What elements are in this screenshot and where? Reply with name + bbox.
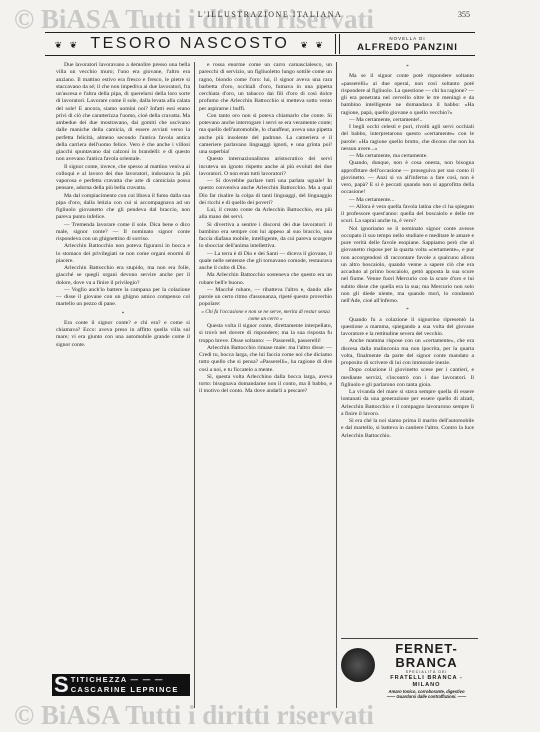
paragraph: Anche mamma rispose con un «certamente»,…	[341, 338, 474, 367]
paragraph: Ma Arlecchin Battocchio sosteneva che qu…	[199, 272, 332, 287]
paragraph: Il signor conte, invece, che spesso al m…	[56, 164, 190, 193]
paragraph: Con tanto oro non si poteva chiamarlo ch…	[199, 113, 332, 157]
ad-warning: —— Guardarsi dalle contraffazioni. ——	[375, 694, 478, 699]
paragraph: Dopo colazione il giovinetto scese per i…	[341, 367, 474, 389]
copyright-watermark: © BiASA Tutti i diritti riservati	[14, 4, 374, 35]
article-body: Due lavoratori lavoravano a demolire pre…	[52, 62, 480, 708]
paragraph: Questo internazionalismo aristocratico d…	[199, 156, 332, 178]
paragraph: Questa volta il signor conte, direttamen…	[199, 323, 332, 345]
paragraph: — Allora è vera quella favola latina che…	[341, 204, 474, 226]
paragraph: La vivanda del mare si stava sempre quel…	[341, 389, 474, 418]
paragraph: — Macché rubare, — ribatteva l'altro e, …	[199, 287, 332, 309]
magazine-page: © BiASA Tutti i diritti riservati L'ILLU…	[0, 0, 540, 732]
paragraph: Quando fu a colazione il signorino ripre…	[341, 317, 474, 339]
paragraph: — Ma certamente...	[341, 197, 474, 204]
paragraph: Arlecchin Battocchio rimase male: ma l'a…	[199, 345, 332, 374]
column-1: Due lavoratori lavoravano a demolire pre…	[52, 62, 194, 708]
section-separator: *	[341, 64, 474, 71]
proverb-quote: « Chi fa l'occasione e non se ne serve, …	[199, 309, 332, 324]
paragraph: Due lavoratori lavoravano a demolire pre…	[56, 62, 190, 164]
paragraph: Lui, il creato conte da Arlecchin Battoc…	[199, 207, 332, 222]
fernet-branca-advertisement: FERNET-BRANCA SPECIALITÀ DEI FRATELLI BR…	[341, 638, 478, 688]
paragraph: — Ma certamente, certamente!..	[341, 117, 474, 124]
ad-text: TITICHEZZA — — — CASCARINE LEPRINCE	[71, 675, 179, 695]
ad-initial: S	[52, 674, 71, 696]
title-banner: ❦ ❦ TESORO NASCOSTO ❦ ❦ NOVELLA DI ALFRE…	[45, 32, 475, 56]
paragraph: Si era ché la noi siamo prima il marito …	[341, 418, 474, 440]
leaf-ornament-icon: ❦ ❦	[300, 40, 325, 50]
paragraph: — Si dovrebbe parlare tutti una parlata …	[199, 178, 332, 207]
ad-text: FERNET-BRANCA SPECIALITÀ DEI FRATELLI BR…	[375, 642, 478, 688]
paragraph: Ma se il signor conte potè rispondere so…	[341, 73, 474, 117]
ad-line-1: TITICHEZZA — — —	[71, 675, 179, 685]
paragraph: Si divertiva a sentire i discorsi dei du…	[199, 222, 332, 251]
paragraph: — La terra è di Dio e dei Santi — diceva…	[199, 251, 332, 273]
ad-line-2: CASCARINE LEPRINCE	[71, 685, 179, 695]
eagle-globe-logo-icon	[341, 648, 375, 682]
paragraph: — Tremenda lavorare come il sole. Dica b…	[56, 222, 190, 244]
leprince-advertisement: S TITICHEZZA — — — CASCARINE LEPRINCE	[52, 674, 190, 696]
author-name: ALFREDO PANZINI	[340, 42, 475, 53]
leaf-ornament-icon: ❦ ❦	[55, 40, 80, 50]
paragraph: Era conte il signor conte? e chi era? e …	[56, 320, 190, 349]
paragraph: Noi ignoriamo se il nominato signor cont…	[341, 226, 474, 306]
story-title: TESORO NASCOSTO	[90, 35, 289, 52]
author-block: NOVELLA DI ALFREDO PANZINI	[340, 36, 475, 53]
ad-brand: FERNET-BRANCA	[375, 642, 478, 670]
paragraph: Ma dal compiacimento con cui libava il f…	[56, 193, 190, 222]
page-number: 355	[458, 10, 470, 19]
paragraph: — Ma certamente, ma certamente.	[341, 153, 474, 160]
section-separator: *	[341, 307, 474, 314]
paragraph: Quando, dunque, non è cosa onesta, non b…	[341, 160, 474, 196]
paragraph: Arlecchin Battocchio era stupido, ma non…	[56, 265, 190, 287]
paragraph: Sì, questa volta Arlecchino dalla bocca …	[199, 374, 332, 396]
paragraph: — Voglio anch'io battere la campana per …	[56, 287, 190, 309]
paragraph: e rossa enorme come un carro carnasciale…	[199, 62, 332, 113]
paragraph: I begli occhi celesti e puri, rivolti ag…	[341, 124, 474, 153]
column-3: * Ma se il signor conte potè rispondere …	[336, 62, 478, 708]
ad-maker: FRATELLI BRANCA - MILANO	[375, 675, 478, 689]
section-separator: *	[56, 311, 190, 318]
story-title-block: ❦ ❦ TESORO NASCOSTO ❦ ❦	[45, 35, 335, 53]
column-2: e rossa enorme come un carro carnasciale…	[194, 62, 336, 708]
paragraph: Arlecchin Battocchio non poteva figurars…	[56, 243, 190, 265]
